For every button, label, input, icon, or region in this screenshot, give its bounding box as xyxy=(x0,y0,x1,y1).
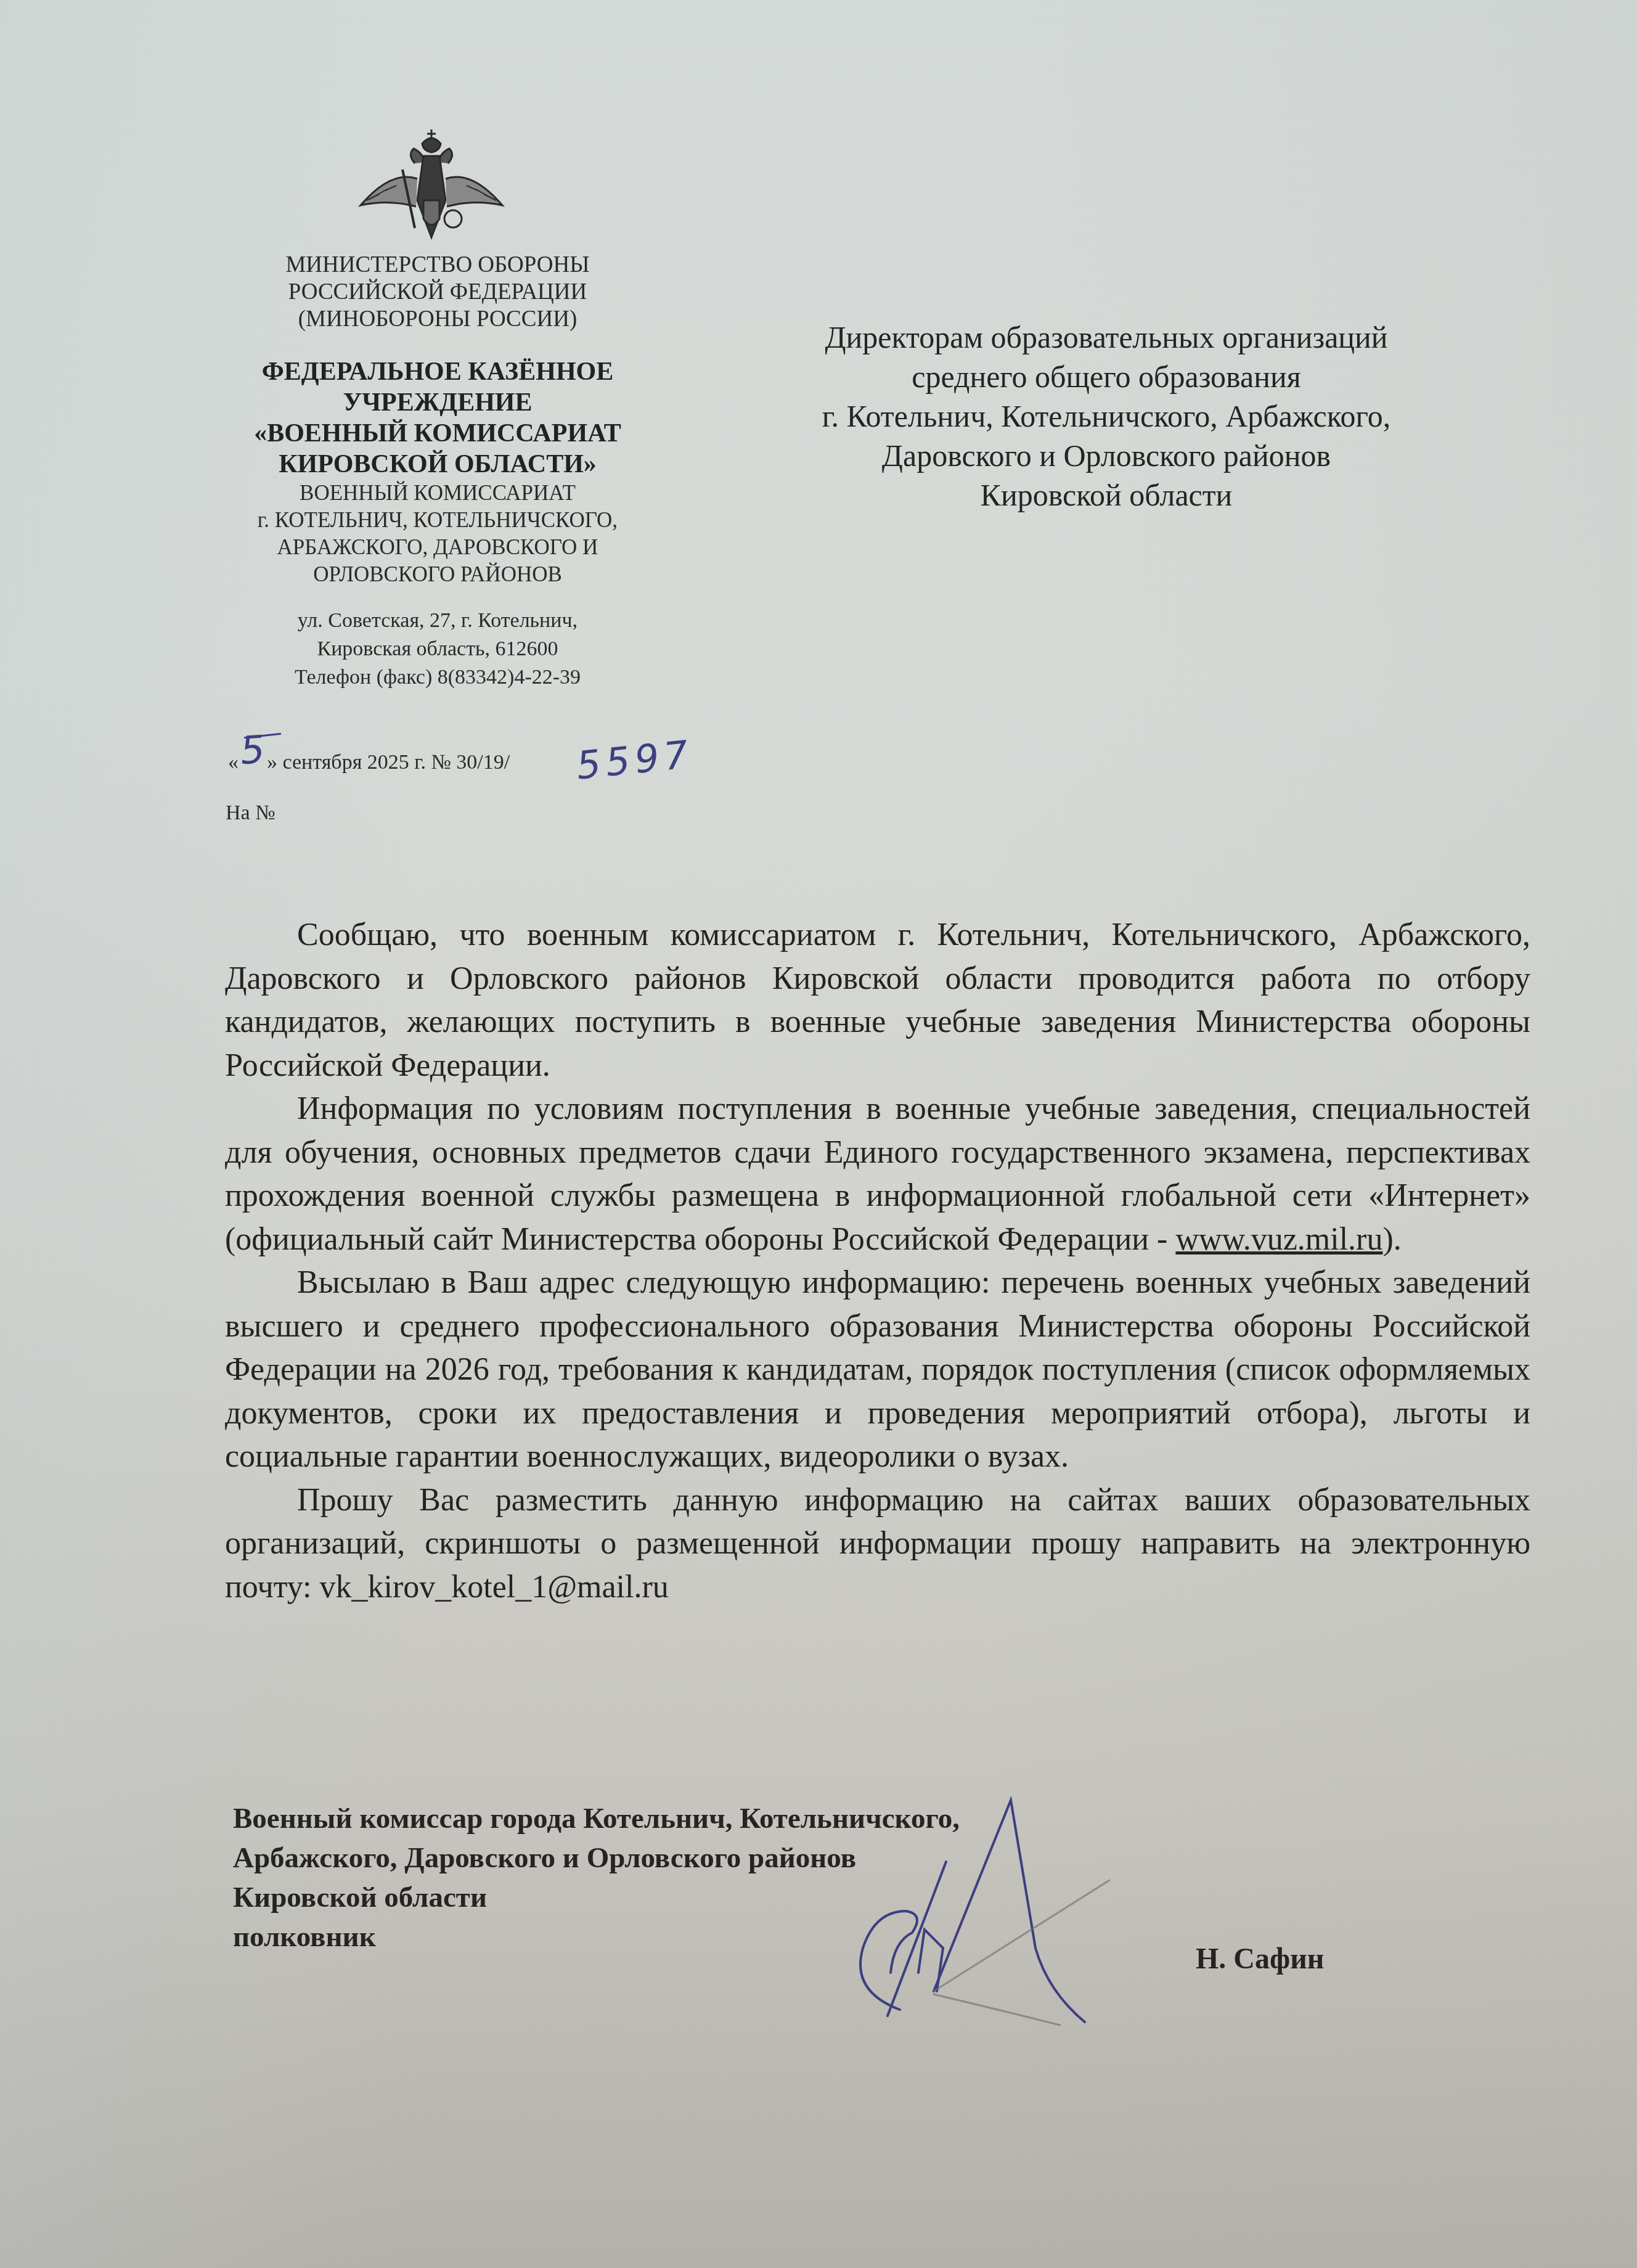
letterhead: МИНИСТЕРСТВО ОБОРОНЫ РОССИЙСКОЙ ФЕДЕРАЦИ… xyxy=(185,252,690,692)
ministry-name: МИНИСТЕРСТВО ОБОРОНЫ РОССИЙСКОЙ ФЕДЕРАЦИ… xyxy=(185,252,690,333)
double-headed-eagle-emblem-icon xyxy=(342,126,521,262)
handwritten-signature-icon xyxy=(826,1788,1146,2034)
date-and-number: «» сентября 2025 г. № 30/19/ xyxy=(228,751,510,774)
sender-address: ул. Советская, 27, г. Котельнич, Кировск… xyxy=(185,607,690,692)
handwritten-reg-number: 5597 xyxy=(574,731,695,788)
signatory-name: Н. Сафин xyxy=(1196,1942,1325,1976)
paragraph-2: Информация по условиям поступления в вое… xyxy=(225,1087,1530,1261)
paragraph-3: Высылаю в Ваш адрес следующую информацию… xyxy=(225,1261,1530,1479)
institution-name: ФЕДЕРАЛЬНОЕ КАЗЁННОЕ УЧРЕЖДЕНИЕ «ВОЕННЫЙ… xyxy=(185,356,690,480)
date-text: » сентября 2025 г. № 30/19/ xyxy=(267,751,510,774)
website-link[interactable]: www.vuz.mil.ru xyxy=(1175,1222,1382,1257)
department-name: ВОЕННЫЙ КОМИССАРИАТ г. КОТЕЛЬНИЧ, КОТЕЛЬ… xyxy=(185,480,690,588)
handwritten-day: 5 xyxy=(239,727,266,774)
addressee-block: Директорам образовательных организаций с… xyxy=(715,317,1498,515)
paragraph-1: Сообщаю, что военным комиссариатом г. Ко… xyxy=(225,914,1530,1087)
reply-to-number: На № xyxy=(226,801,276,825)
paragraph-4: Прошу Вас разместить данную информацию н… xyxy=(225,1479,1530,1610)
email-link[interactable]: vk_kirov_kotel_1@mail.ru xyxy=(319,1570,668,1605)
date-open-quote: « xyxy=(228,751,239,774)
letter-body: Сообщаю, что военным комиссариатом г. Ко… xyxy=(225,914,1530,1609)
